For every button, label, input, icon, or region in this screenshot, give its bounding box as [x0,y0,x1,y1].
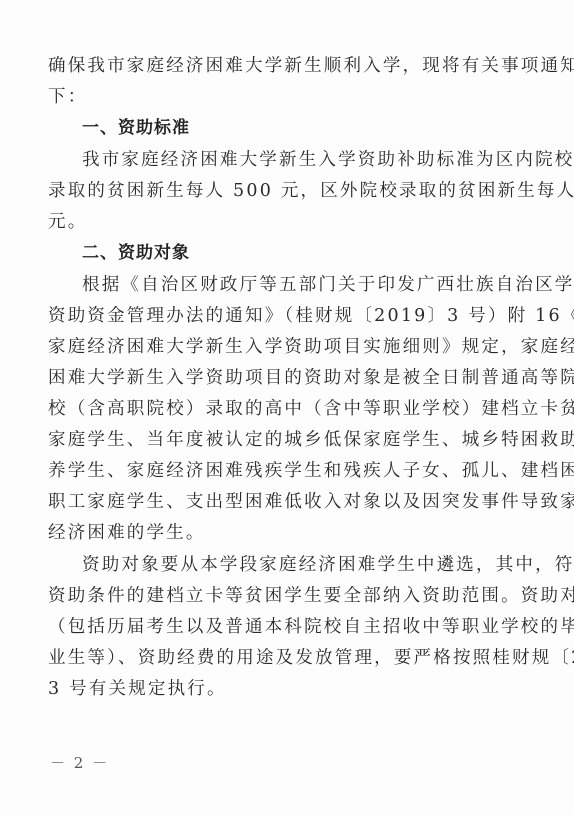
section-2-para-1-line-5: 校（含高职院校）录取的高中（含中等职业学校）建档立卡贫困 [48,399,542,419]
page-number: － 2 － [50,752,109,773]
section-2-para-1-line-7: 养学生、家庭经济困难残疾学生和残疾人子女、孤儿、建档困难 [48,461,542,481]
section-1-line-1: 我市家庭经济困难大学新生入学资助补助标准为区内院校 [82,150,542,170]
section-2-para-1-line-9: 经济困难的学生。 [48,523,542,543]
section-1-line-2: 录取的贫困新生每人 500 元，区外院校录取的贫困新生每人 1000 [48,181,542,201]
section-2-para-2-line-4: 业生等）、资助经费的用途及发放管理，要严格按照桂财规〔2019〕 [48,648,542,668]
intro-line-1: 确保我市家庭经济困难大学新生顺利入学，现将有关事项通知如 [48,56,542,76]
section-2-para-2-line-3: （包括历届考生以及普通本科院校自主招收中等职业学校的毕 [48,617,542,637]
section-2-para-1-line-2: 资助资金管理办法的通知》（桂财规〔2019〕3 号）附 16《广西 [48,306,542,326]
section-2-heading: 二、资助对象 [82,243,190,263]
section-2-para-1-line-6: 家庭学生、当年度被认定的城乡低保家庭学生、城乡特困救助供 [48,430,542,450]
section-2-para-1-line-3: 家庭经济困难大学新生入学资助项目实施细则》规定，家庭经济 [48,337,542,357]
section-2-para-1-line-1: 根据《自治区财政厅等五部门关于印发广西壮族自治区学生 [82,275,542,295]
section-1-heading: 一、资助标准 [82,118,190,138]
section-2-para-1-line-4: 困难大学新生入学资助项目的资助对象是被全日制普通高等院 [48,368,542,388]
intro-line-2: 下： [48,87,542,107]
section-2-para-1-line-8: 职工家庭学生、支出型困难低收入对象以及因突发事件导致家庭 [48,492,542,512]
section-2-para-2-line-2: 资助条件的建档立卡等贫困学生要全部纳入资助范围。资助对象 [48,586,542,606]
section-2-para-2-line-1: 资助对象要从本学段家庭经济困难学生中遴选，其中，符合 [82,555,542,575]
section-2-para-2-line-5: 3 号有关规定执行。 [48,679,542,699]
section-1-line-3: 元。 [48,212,542,232]
document-page: 确保我市家庭经济困难大学新生顺利入学，现将有关事项通知如 下： 一、资助标准 我… [0,0,574,815]
